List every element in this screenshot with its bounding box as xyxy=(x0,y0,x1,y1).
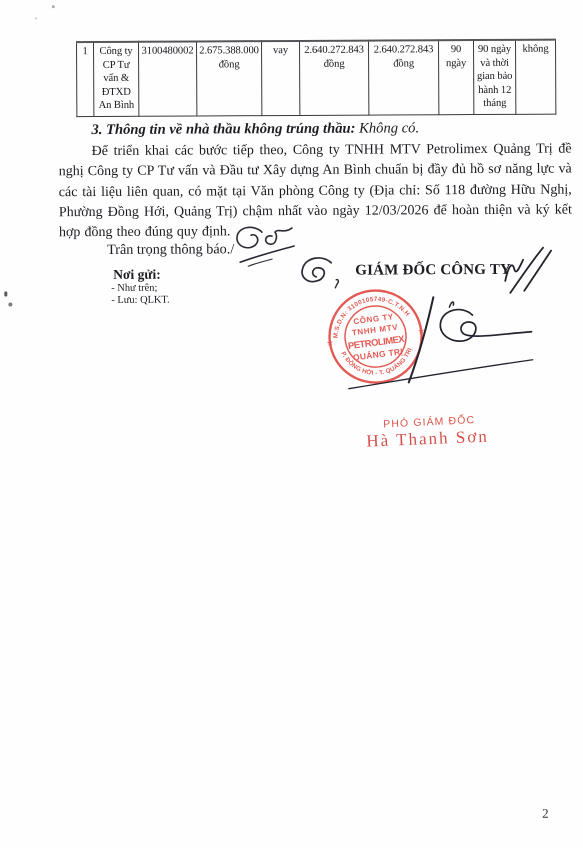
scan-speck xyxy=(52,5,55,8)
cell-index: 1 xyxy=(76,42,93,117)
bid-results-table: 1 Công ty CP Tư vấn & ĐTXD An Bình 31004… xyxy=(76,39,556,118)
director-ink-signature xyxy=(334,271,570,400)
recipient-item: - Như trên; xyxy=(111,283,169,295)
stamp-company-line1: CÔNG TY xyxy=(353,312,394,326)
table-row: 1 Công ty CP Tư vấn & ĐTXD An Bình 31004… xyxy=(76,40,555,117)
cell-note: không xyxy=(515,40,555,115)
cell-duration: 90 ngày xyxy=(438,40,473,115)
company-seal-stamp: M.S.D.N: 3100105749-C.T.N.H P. ĐỒNG HỚI … xyxy=(302,263,449,410)
section-3-heading: 3. Thông tin về nhà thầu không trúng thầ… xyxy=(91,120,419,139)
stamp-arc-bottom-text: P. ĐỒNG HỚI - T. QUẢNG TRỊ xyxy=(339,342,417,381)
director-signature-title: GIÁM ĐỐC CÔNG TY xyxy=(355,262,511,280)
section-3-title: 3. Thông tin về nhà thầu không trúng thầ… xyxy=(91,121,355,138)
scanned-document-page: 1 Công ty CP Tư vấn & ĐTXD An Bình 31004… xyxy=(0,0,583,848)
cell-package-price: 2.675.388.000 đồng xyxy=(196,41,261,116)
scan-speck xyxy=(8,302,12,306)
stamp-outer-ring xyxy=(324,285,427,388)
recipient-item: - Lưu: QLKT. xyxy=(111,294,169,306)
cell-bid-price: 2.640.272.843 đồng xyxy=(299,41,368,116)
stamp-company-line4: QUẢNG TRỊ xyxy=(352,345,403,362)
cell-contractor-name: Công ty CP Tư vấn & ĐTXD An Bình xyxy=(93,42,138,117)
stamp-star-right-icon: ★ xyxy=(417,326,425,336)
cell-capital-source: vay xyxy=(261,41,299,116)
deputy-director-name-stamp: Hà Thanh Sơn xyxy=(366,427,489,452)
stamp-company-line2: TNHH MTV xyxy=(351,323,398,338)
body-paragraph: Để triển khai các bước tiếp theo, Công t… xyxy=(59,140,573,244)
section-3-value: Không có. xyxy=(359,120,419,136)
stamp-star-left-icon: ★ xyxy=(326,338,334,348)
cell-award-price: 2.640.272.843 đồng xyxy=(368,40,438,115)
closing-line: Trân trọng thông báo./ xyxy=(107,241,234,259)
scan-speck xyxy=(35,17,37,19)
cell-validity-warranty: 90 ngày và thời gian bảo hành 12 tháng xyxy=(473,40,515,115)
svg-text:P. ĐỒNG HỚI - T. QUẢNG TRỊ: P. ĐỒNG HỚI - T. QUẢNG TRỊ xyxy=(339,342,417,381)
stamp-inner-ring xyxy=(341,302,409,370)
recipients-title: Nơi gửi: xyxy=(113,267,169,283)
stamp-arc-top-text: M.S.D.N: 3100105749-C.T.N.H xyxy=(328,292,413,340)
recipients-block: Nơi gửi: - Như trên; - Lưu: QLKT. xyxy=(113,267,169,307)
stamp-company-line3: PETROLIMEX xyxy=(347,334,406,352)
handwritten-initials-left xyxy=(295,251,343,291)
page-number: 2 xyxy=(542,806,549,822)
cell-tax-id: 3100480002 xyxy=(138,41,196,116)
scan-speck xyxy=(4,291,7,296)
svg-text:M.S.D.N: 3100105749-C.T.N.H: M.S.D.N: 3100105749-C.T.N.H xyxy=(328,292,413,340)
